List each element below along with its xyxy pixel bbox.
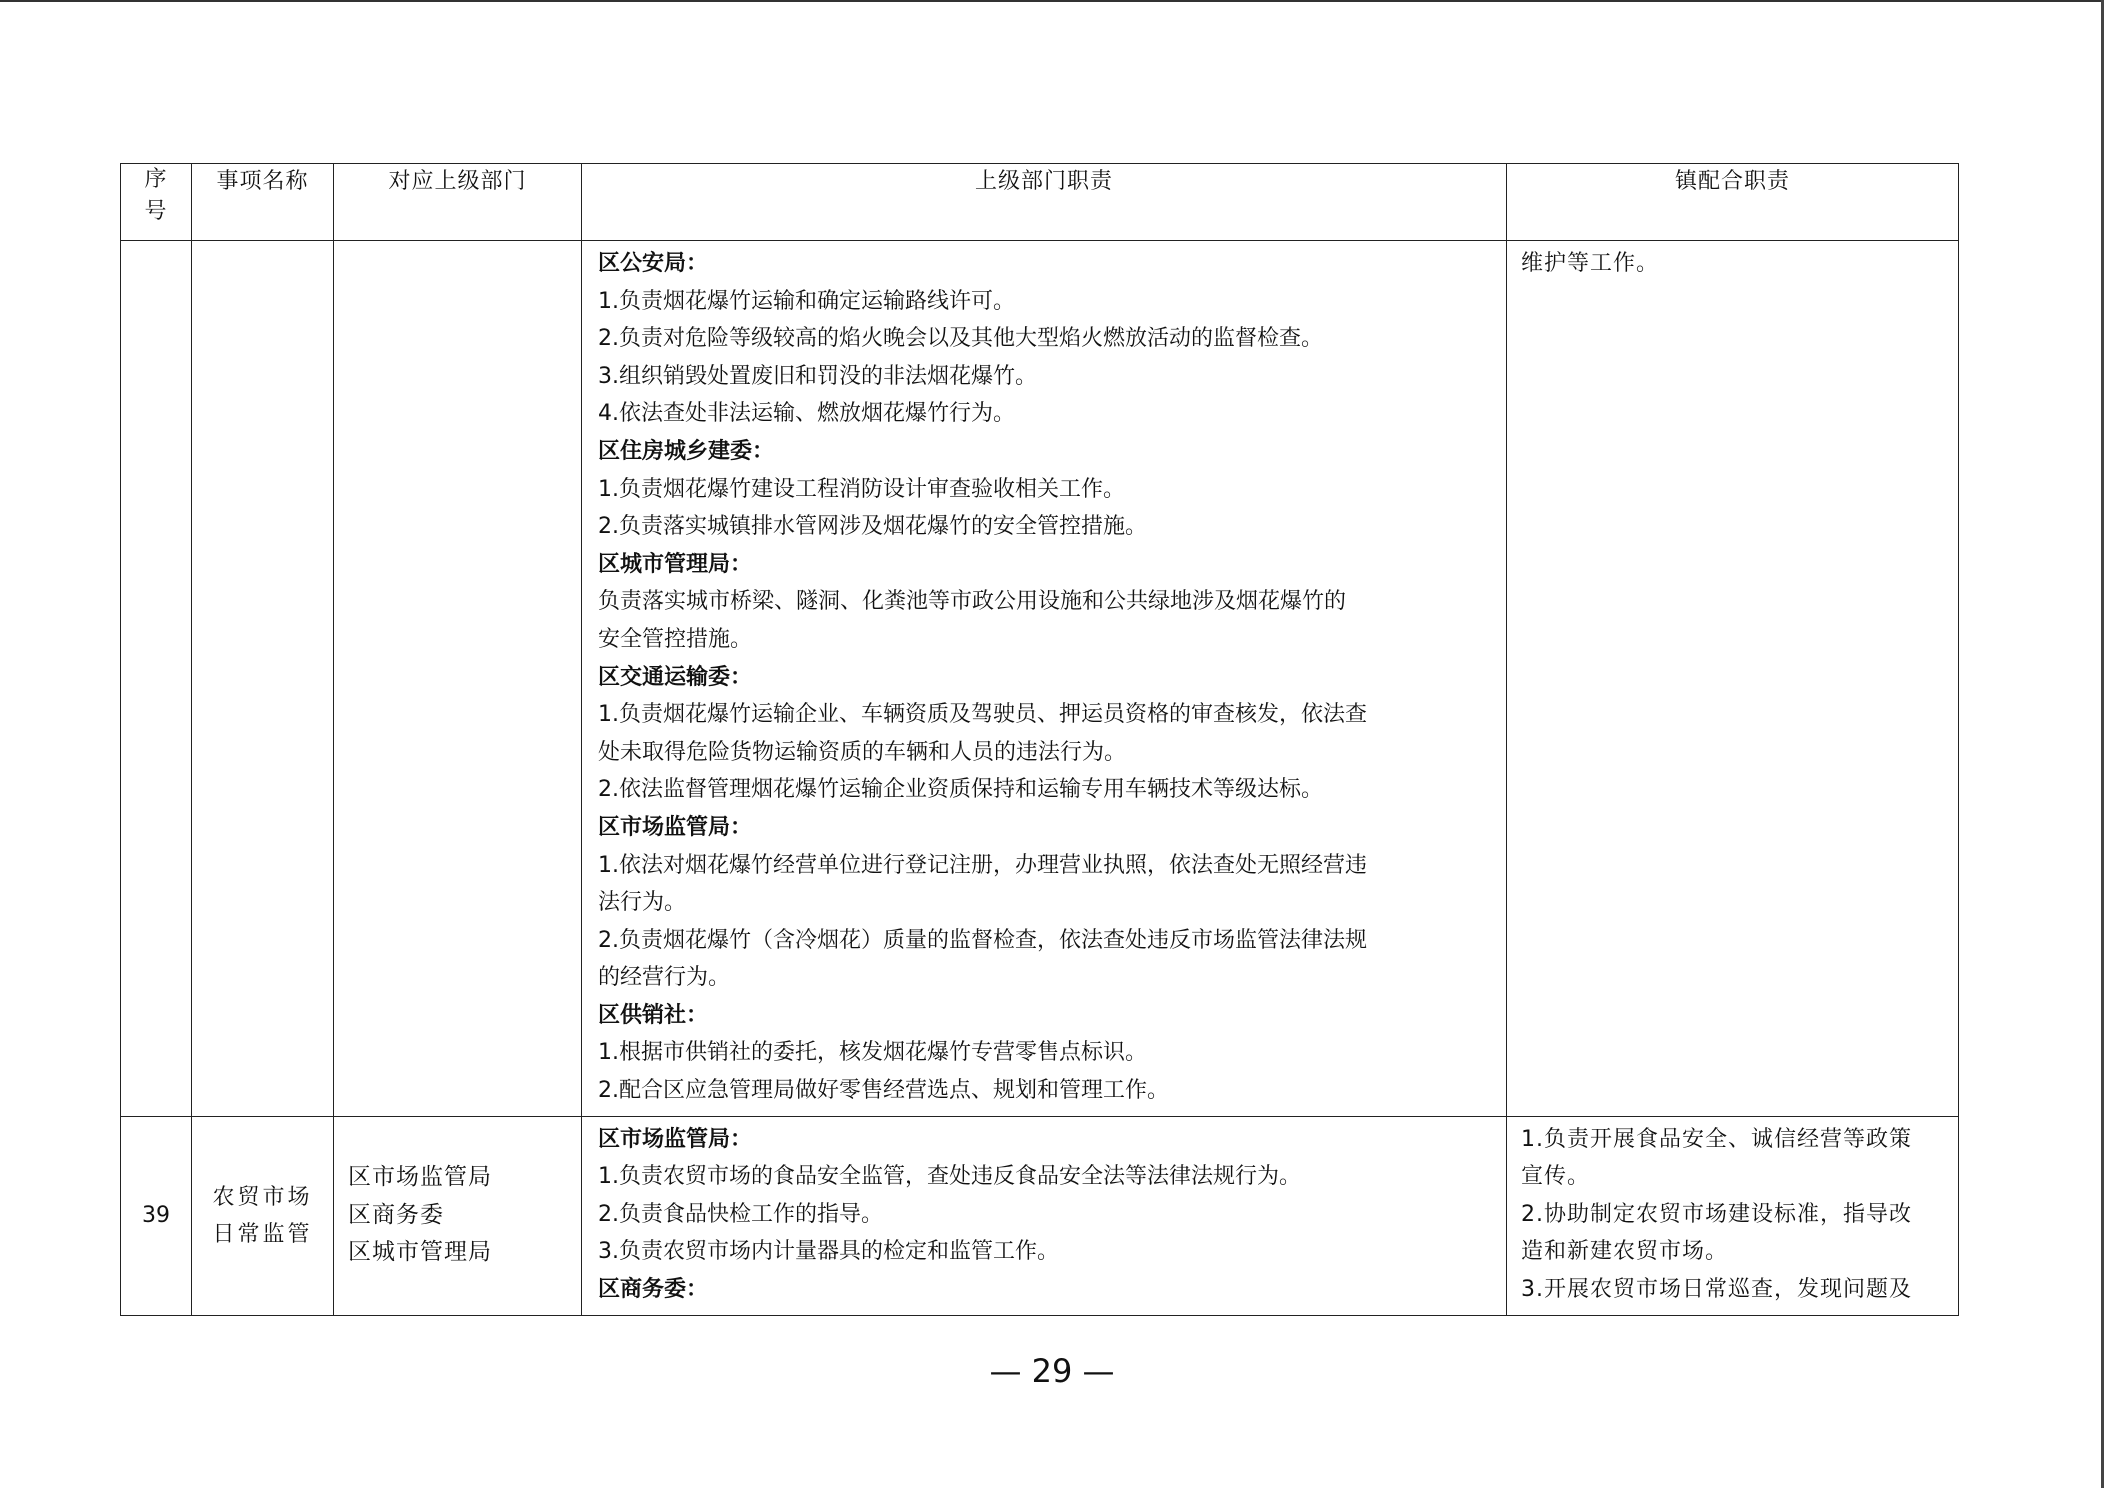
dept-heading: 区市场监管局： (598, 809, 1496, 847)
seq-cell (121, 241, 192, 1117)
town-duty-line: 3.开展农贸市场日常巡查，发现问题及 (1521, 1271, 1950, 1309)
duty-line: 1.负责农贸市场的食品安全监管，查处违反食品安全法等法律法规行为。 (598, 1158, 1496, 1196)
dept-heading: 区供销社： (598, 997, 1496, 1035)
dept-heading: 区城市管理局： (598, 546, 1496, 584)
header-item-name: 事项名称 (192, 164, 334, 241)
duty-line: 1.负责烟花爆竹建设工程消防设计审查验收相关工作。 (598, 471, 1496, 509)
dept-heading: 区交通运输委： (598, 659, 1496, 697)
superior-duties-cell: 区公安局： 1.负责烟花爆竹运输和确定运输路线许可。 2.负责对危险等级较高的焰… (582, 241, 1507, 1117)
duty-line: 负责落实城市桥梁、隧洞、化粪池等市政公用设施和公共绿地涉及烟花爆竹的 (598, 583, 1496, 621)
duty-line: 3.负责农贸市场内计量器具的检定和监管工作。 (598, 1233, 1496, 1271)
header-superior-dept: 对应上级部门 (334, 164, 582, 241)
duties-table: 序 号 事项名称 对应上级部门 上级部门职责 镇配合职责 区公安局： 1.负责烟… (120, 163, 1959, 1316)
duty-line: 1.依法对烟花爆竹经营单位进行登记注册，办理营业执照，依法查处无照经营违 (598, 847, 1496, 885)
dept-name: 区商务委 (348, 1197, 581, 1235)
town-duty-line: 造和新建农贸市场。 (1521, 1233, 1950, 1271)
duty-line: 的经营行为。 (598, 959, 1496, 997)
item-name-line: 农贸市场 (212, 1185, 312, 1210)
seq-cell: 39 (121, 1116, 192, 1315)
item-name-line: 日常监管 (212, 1222, 312, 1247)
duty-line: 处未取得危险货物运输资质的车辆和人员的违法行为。 (598, 734, 1496, 772)
header-seq: 序 号 (121, 164, 192, 241)
header-seq-line1: 序 (144, 167, 167, 192)
duty-line: 2.负责对危险等级较高的焰火晚会以及其他大型焰火燃放活动的监督检查。 (598, 320, 1496, 358)
superior-dept-cell (334, 241, 582, 1117)
duty-line: 法行为。 (598, 884, 1496, 922)
dept-name: 区城市管理局 (348, 1234, 581, 1272)
dept-heading: 区市场监管局： (598, 1121, 1496, 1159)
duty-line: 1.负责烟花爆竹运输企业、车辆资质及驾驶员、押运员资格的审查核发，依法查 (598, 696, 1496, 734)
town-duty-line: 维护等工作。 (1521, 245, 1950, 283)
table-row: 39 农贸市场 日常监管 区市场监管局 区商务委 区城市管理局 区市场监管局： … (121, 1116, 1959, 1315)
town-duty-line: 2.协助制定农贸市场建设标准，指导改 (1521, 1196, 1950, 1234)
duty-line: 2.依法监督管理烟花爆竹运输企业资质保持和运输专用车辆技术等级达标。 (598, 771, 1496, 809)
page-top-border (0, 0, 2104, 2)
duty-line: 安全管控措施。 (598, 621, 1496, 659)
superior-duties-cell: 区市场监管局： 1.负责农贸市场的食品安全监管，查处违反食品安全法等法律法规行为… (582, 1116, 1507, 1315)
town-duty-line: 宣传。 (1521, 1158, 1950, 1196)
duty-line: 1.负责烟花爆竹运输和确定运输路线许可。 (598, 283, 1496, 321)
duty-line: 1.根据市供销社的委托，核发烟花爆竹专营零售点标识。 (598, 1034, 1496, 1072)
town-duties-cell: 1.负责开展食品安全、诚信经营等政策 宣传。 2.协助制定农贸市场建设标准，指导… (1507, 1116, 1959, 1315)
town-duty-line: 1.负责开展食品安全、诚信经营等政策 (1521, 1121, 1950, 1159)
page-number: — 29 — (0, 1352, 2104, 1390)
town-duties-cell: 维护等工作。 (1507, 241, 1959, 1117)
dept-heading: 区公安局： (598, 245, 1496, 283)
superior-dept-cell: 区市场监管局 区商务委 区城市管理局 (334, 1116, 582, 1315)
table-header-row: 序 号 事项名称 对应上级部门 上级部门职责 镇配合职责 (121, 164, 1959, 241)
header-superior-duties: 上级部门职责 (582, 164, 1507, 241)
duty-line: 2.配合区应急管理局做好零售经营选点、规划和管理工作。 (598, 1072, 1496, 1110)
header-town-duties: 镇配合职责 (1507, 164, 1959, 241)
item-name-cell (192, 241, 334, 1117)
dept-heading: 区住房城乡建委： (598, 433, 1496, 471)
dept-heading: 区商务委： (598, 1271, 1496, 1309)
item-name-cell: 农贸市场 日常监管 (192, 1116, 334, 1315)
header-seq-line2: 号 (144, 199, 167, 224)
duty-line: 3.组织销毁处置废旧和罚没的非法烟花爆竹。 (598, 358, 1496, 396)
dept-name: 区市场监管局 (348, 1159, 581, 1197)
duty-line: 2.负责落实城镇排水管网涉及烟花爆竹的安全管控措施。 (598, 508, 1496, 546)
duty-line: 2.负责烟花爆竹（含冷烟花）质量的监督检查，依法查处违反市场监管法律法规 (598, 922, 1496, 960)
table-row: 区公安局： 1.负责烟花爆竹运输和确定运输路线许可。 2.负责对危险等级较高的焰… (121, 241, 1959, 1117)
duty-line: 2.负责食品快检工作的指导。 (598, 1196, 1496, 1234)
duty-line: 4.依法查处非法运输、燃放烟花爆竹行为。 (598, 395, 1496, 433)
